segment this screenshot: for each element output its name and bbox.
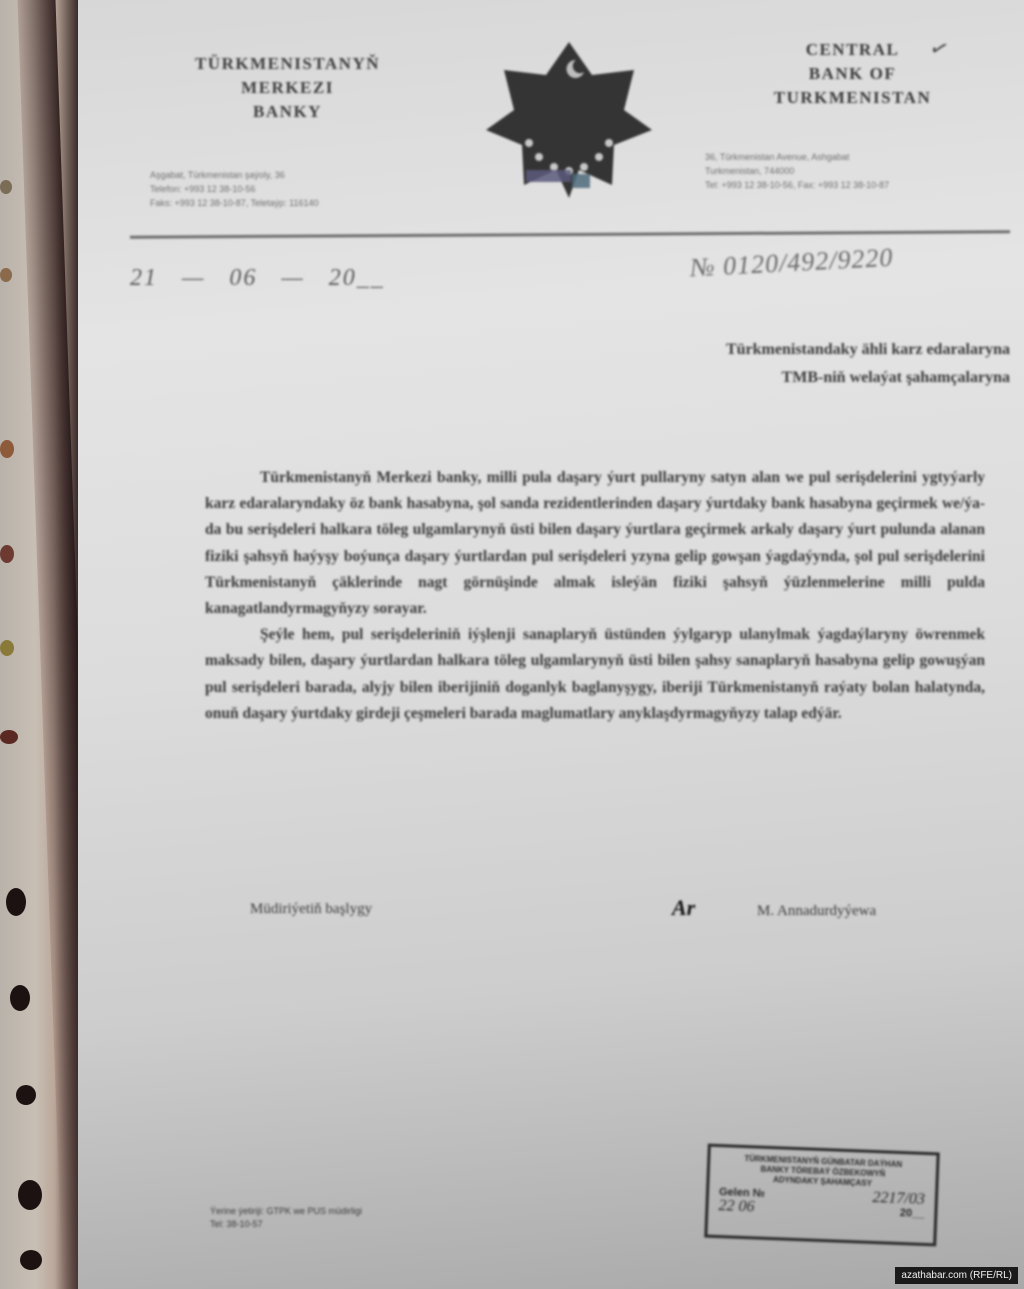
punch-hole — [0, 440, 14, 458]
recipients-block: Türkmenistandaky ähli karz edaralaryna T… — [540, 336, 1010, 392]
signatory-title: Müdiriýetiň başlygy — [250, 901, 372, 918]
eight-pointed-star-emblem-icon — [484, 40, 654, 200]
body-paragraph: Türkmenistanyň Merkezi banky, milli pula… — [205, 465, 985, 622]
punch-hole — [0, 180, 12, 194]
handwritten-signature: Ar — [672, 895, 695, 921]
punch-hole — [20, 1250, 42, 1270]
punch-hole — [6, 888, 26, 916]
letterhead-address-right: 36, Türkmenistan Avenue, Ashgabat Turkme… — [705, 150, 995, 192]
photo-credit: azathabar.com (RFE/RL) — [895, 1267, 1018, 1284]
letter-body: Türkmenistanyň Merkezi banky, milli pula… — [205, 465, 985, 727]
punch-hole — [10, 985, 30, 1011]
letterhead-left: TÜRKMENISTANYŇ MERKEZI BANKY — [170, 52, 405, 124]
punch-hole — [16, 1085, 36, 1105]
letter-date: 21 — 06 — 20__ — [130, 265, 385, 292]
registration-stamp: TÜRKMENISTANYŇ GÜNBATAR DAÝHAN BANKY TÖR… — [704, 1144, 939, 1247]
punch-hole — [0, 268, 12, 282]
letterhead-right: CENTRAL BANK OF TURKMENISTAN — [745, 38, 960, 110]
binder-sleeve-edge — [0, 0, 78, 1289]
punch-hole — [0, 545, 14, 563]
punch-hole — [0, 730, 18, 744]
signatory-name: M. Annadurdyýewa — [757, 903, 876, 920]
letterhead-address-left: Aşgabat, Türkmenistan şaýoly, 36 Telefon… — [150, 168, 435, 210]
body-paragraph: Şeýle hem, pul serişdeleriniň iýşlenji s… — [205, 622, 985, 727]
punch-hole — [0, 640, 14, 656]
executor-note: Ýerine ýetiriji: GTPK we PUS müdirligi T… — [210, 1205, 362, 1231]
punch-hole — [18, 1180, 42, 1210]
